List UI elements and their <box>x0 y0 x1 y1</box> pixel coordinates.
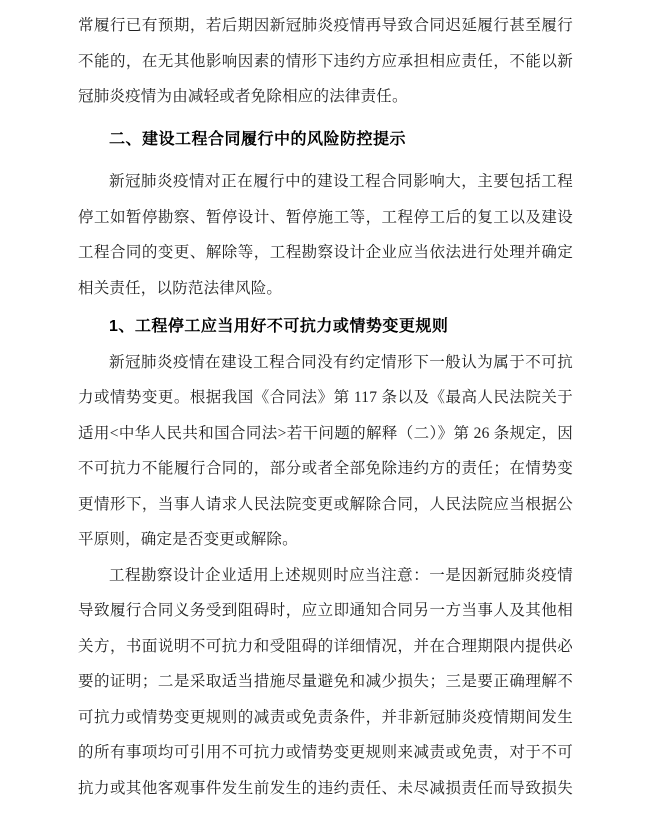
text-line: 平原则，确定是否变更或解除。 <box>78 522 573 558</box>
section-heading: 二、建设工程合同履行中的风险防控提示 <box>78 122 573 158</box>
document-page: 常履行已有预期，若后期因新冠肺炎疫情再导致合同迟延履行甚至履行不能的，在无其他影… <box>0 0 650 813</box>
text-line: 关方，书面说明不可抗力和受阻碍的详细情况，并在合理期限内提供必 <box>78 629 573 665</box>
text-line: 要的证明；二是采取适当措施尽量避免和减少损失；三是要正确理解不 <box>78 664 573 700</box>
text-line: 工程合同的变更、解除等，工程勘察设计企业应当依法进行处理并确定 <box>78 235 573 271</box>
text-line: 适用<中华人民共和国合同法>若干问题的解释（二）》第 26 条规定，因 <box>78 416 573 452</box>
text-line: 可抗力或情势变更规则的减责或免责条件，并非新冠肺炎疫情期间发生 <box>78 700 573 736</box>
text-line: 停工如暂停勘察、暂停设计、暂停施工等，工程停工后的复工以及建设 <box>78 200 573 236</box>
text-line: 不可抗力不能履行合同的，部分或者全部免除违约方的责任；在情势变 <box>78 451 573 487</box>
text-line: 抗力或其他客观事件发生前发生的违约责任、未尽减损责任而导致损失 <box>78 771 573 807</box>
text-line: 力或情势变更。根据我国《合同法》第 117 条以及《最高人民法院关于 <box>78 380 573 416</box>
text-line: 不能的，在无其他影响因素的情形下违约方应承担相应责任，不能以新 <box>78 44 573 80</box>
text-line: 的所有事项均可引用不可抗力或情势变更规则来减责或免责，对于不可 <box>78 735 573 771</box>
text-line: 工程勘察设计企业适用上述规则时应当注意：一是因新冠肺炎疫情 <box>78 558 573 594</box>
text-line: 新冠肺炎疫情对正在履行中的建设工程合同影响大，主要包括工程 <box>78 164 573 200</box>
text-line: 更情形下，当事人请求人民法院变更或解除合同，人民法院应当根据公 <box>78 487 573 523</box>
text-line: 相关责任，以防范法律风险。 <box>78 271 573 307</box>
text-line: 常履行已有预期，若后期因新冠肺炎疫情再导致合同迟延履行甚至履行 <box>78 8 573 44</box>
text-line: 新冠肺炎疫情在建设工程合同没有约定情形下一般认为属于不可抗 <box>78 345 573 381</box>
text-line: 导致履行合同义务受到阻碍时，应立即通知合同另一方当事人及其他相 <box>78 593 573 629</box>
subsection-heading: 1、工程停工应当用好不可抗力或情势变更规则 <box>78 309 573 345</box>
text-line: 冠肺炎疫情为由减轻或者免除相应的法律责任。 <box>78 79 573 115</box>
